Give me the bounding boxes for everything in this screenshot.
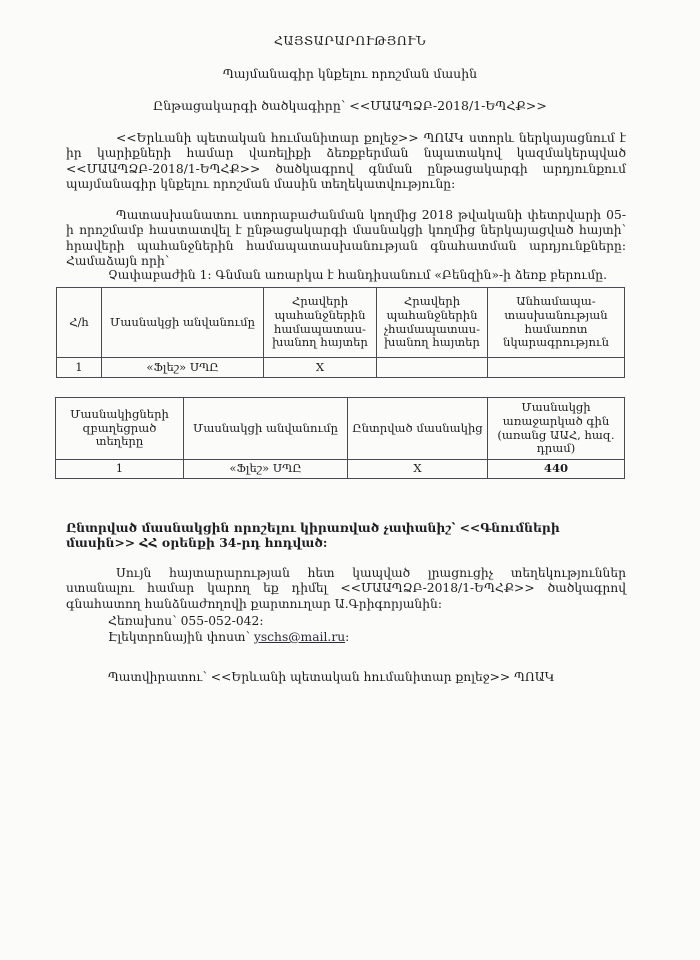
offered-price: 440: [488, 460, 625, 479]
customer-line: Պատվիրատու՝ <<Երևանի պետական հումանիտար …: [108, 670, 555, 684]
participant-name: «Ֆլեշ» ՍՊԸ: [184, 460, 348, 479]
selected-mark: X: [348, 460, 488, 479]
evaluation-table-header: Հ/հ Մասնակցի անվանումը Հրավերի պահանջներ…: [57, 288, 625, 358]
header-cell: Ընտրված մասնակից: [348, 398, 488, 460]
email-link[interactable]: yschs@mail.ru: [254, 630, 345, 644]
header-cell: Հ/հ: [57, 288, 102, 358]
non-compliance-description: [488, 358, 625, 378]
participant-name: «Ֆլեշ» ՍՊԸ: [102, 358, 264, 378]
phone-number: 055-052-042: [181, 614, 260, 628]
email-label: Էլեկտրոնային փոստ՝: [108, 630, 250, 644]
evaluation-table: Հ/հ Մասնակցի անվանումը Հրավերի պահանջներ…: [56, 287, 625, 378]
phone-label: Հեռախոս՝: [108, 614, 177, 628]
table-row: 1 «Ֆլեշ» ՍՊԸ X: [57, 358, 625, 378]
document-title: ՀԱՅՏԱՐԱՐՈՒԹՅՈՒՆ: [0, 33, 700, 48]
header-cell: Հրավերի պահանջներին համապատաս-խանող հայտ…: [264, 288, 377, 358]
header-cell: Մասնակցի անվանումը: [184, 398, 348, 460]
header-cell: Մասնակիցների զբաղեցրած տեղերը: [56, 398, 184, 460]
procedure-code-line: Ընթացակարգի ծածկագիրը՝ <<ՄԱԱՊՁԲ-2018/1-Ե…: [0, 98, 700, 113]
phone-line: Հեռախոս՝ 055-052-042:: [108, 614, 263, 628]
document-subtitle: Պայմանագիր կնքելու որոշման մասին: [0, 66, 700, 81]
header-cell: Հրավերի պահանջներին չհամապատաս-խանող հայ…: [377, 288, 488, 358]
compliant-mark: X: [264, 358, 377, 378]
selection-criterion: Ընտրված մասնակցին որոշելու կիրառված չափա…: [66, 520, 626, 551]
selection-table-header: Մասնակիցների զբաղեցրած տեղերը Մասնակցի ա…: [56, 398, 625, 460]
header-cell: Մասնակցի առաջարկած գին (առանց ԱԱՀ, հազ. …: [488, 398, 625, 460]
email-line: Էլեկտրոնային փոստ՝ yschs@mail.ru:: [108, 630, 349, 644]
decision-paragraph: Պատասխանատու ստորաբաժանման կողմից 2018 թ…: [66, 208, 626, 269]
header-cell: Անհամապա-տասխանության համառոտ նկարագրութ…: [488, 288, 625, 358]
non-compliant-mark: [377, 358, 488, 378]
intro-paragraph: <<Երևանի պետական հումանիտար քոլեջ>> ՊՈԱԿ…: [66, 131, 626, 192]
table-row: 1 «Ֆլեշ» ՍՊԸ X 440: [56, 460, 625, 479]
header-cell: Մասնակցի անվանումը: [102, 288, 264, 358]
selection-table: Մասնակիցների զբաղեցրած տեղերը Մասնակցի ա…: [55, 397, 625, 479]
lot-caption: Չափաբաժին 1: Գնման առարկա է հանդիսանում …: [108, 268, 607, 282]
contact-paragraph: Սույն հայտարարության հետ կապված լրացուցի…: [66, 566, 626, 612]
row-number: 1: [57, 358, 102, 378]
rank-cell: 1: [56, 460, 184, 479]
